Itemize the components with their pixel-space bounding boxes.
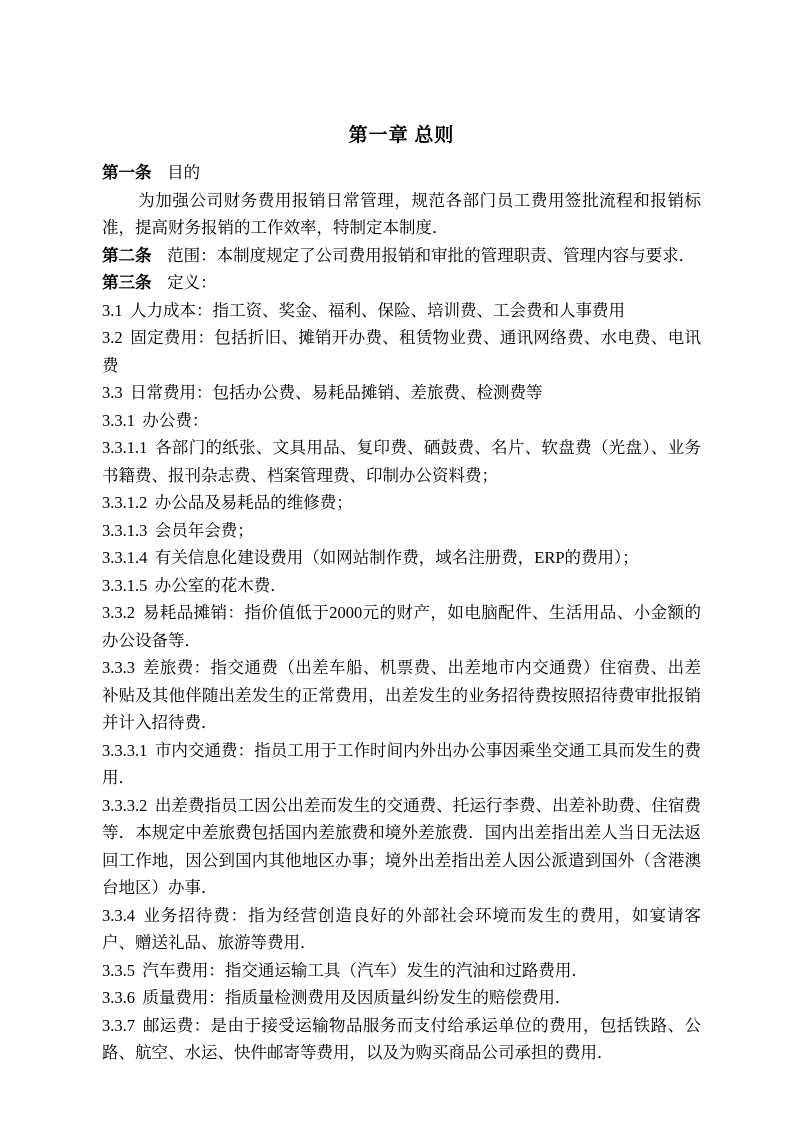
definition-item: 3.3.1办公费： [102,407,701,435]
definition-item: 3.3日常费用：包括办公费、易耗品摊销、差旅费、检测费等 [102,379,701,407]
chapter-title: 第一章 总则 [102,124,701,147]
definition-number: 3.3.6 [102,988,135,1007]
definition-number: 3.3.2 [102,603,135,622]
definition-text: 日常费用：包括办公费、易耗品摊销、差旅费、检测费等 [130,383,543,402]
definition-text: 会员年会费； [155,521,254,540]
definition-text: 办公室的花木费． [155,576,287,595]
definition-text: 固定费用：包括折旧、摊销开办费、租赁物业费、通讯网络费、水电费、电讯费 [102,328,701,375]
definition-number: 3.3.1.1 [102,438,147,457]
definition-number: 3.3.4 [102,906,135,925]
definition-text: 易耗品摊销：指价值低于2000元的财产，如电脑配件、生活用品、小金额的办公设备等… [102,603,701,650]
definition-text: 邮运费：是由于接受运输物品服务而支付给承运单位的费用，包括铁路、公路、航空、水运… [102,1016,701,1063]
article-2: 第二条范围：本制度规定了公司费用报销和审批的管理职责、管理内容与要求． [102,242,701,270]
document-page: 第一章 总则 第一条目的 为加强公司财务费用报销日常管理，规范各部门员工费用签批… [0,0,793,1122]
article-3-label: 第三条 [102,273,152,292]
definition-number: 3.1 [102,301,123,320]
article-3: 第三条定义： [102,269,701,297]
definition-text: 人力成本：指工资、奖金、福利、保险、培训费、工会费和人事费用 [130,301,625,320]
definition-number: 3.3.1.4 [102,548,147,567]
definition-number: 3.3.5 [102,961,135,980]
definition-item: 3.3.3.1市内交通费：指员工用于工作时间内外出办公事因乘坐交通工具而发生的费… [102,737,701,792]
definition-item: 3.3.1.3会员年会费； [102,517,701,545]
definition-number: 3.3.1.2 [102,493,147,512]
article-1-heading: 目的 [167,163,200,182]
definition-item: 3.3.1.5办公室的花木费． [102,572,701,600]
definition-item: 3.3.4业务招待费：指为经营创造良好的外部社会环境而发生的费用，如宴请客户、赠… [102,902,701,957]
definition-number: 3.3 [102,383,123,402]
definition-item: 3.3.2易耗品摊销：指价值低于2000元的财产，如电脑配件、生活用品、小金额的… [102,599,701,654]
definition-item: 3.3.3.2出差费指员工因公出差而发生的交通费、托运行李费、出差补助费、住宿费… [102,792,701,902]
definition-text: 各部门的纸张、文具用品、复印费、硒鼓费、名片、软盘费（光盘）、业务书籍费、报刊杂… [102,438,701,485]
definition-text: 有关信息化建设费用（如网站制作费，域名注册费，ERP的费用）； [155,548,639,567]
article-2-text: 范围：本制度规定了公司费用报销和审批的管理职责、管理内容与要求． [167,246,695,265]
definition-item: 3.2固定费用：包括折旧、摊销开办费、租赁物业费、通讯网络费、水电费、电讯费 [102,324,701,379]
article-1: 第一条目的 [102,159,701,187]
article-2-label: 第二条 [102,246,152,265]
definition-number: 3.3.3.1 [102,741,147,760]
definition-text: 市内交通费：指员工用于工作时间内外出办公事因乘坐交通工具而发生的费用． [102,741,701,788]
definition-text: 办公费： [142,411,208,430]
definition-number: 3.3.3.2 [102,796,147,815]
definition-number: 3.3.1.3 [102,521,147,540]
definition-text: 办公品及易耗品的维修费； [155,493,353,512]
definition-number: 3.3.3 [102,658,135,677]
definition-item: 3.3.3差旅费：指交通费（出差车船、机票费、出差地市内交通费）住宿费、出差补贴… [102,654,701,737]
definition-text: 业务招待费：指为经营创造良好的外部社会环境而发生的费用，如宴请客户、赠送礼品、旅… [102,906,701,953]
purpose-paragraph: 为加强公司财务费用报销日常管理，规范各部门员工费用签批流程和报销标准，提高财务报… [102,187,701,242]
definition-text: 差旅费：指交通费（出差车船、机票费、出差地市内交通费）住宿费、出差补贴及其他伴随… [102,658,701,732]
definition-item: 3.1人力成本：指工资、奖金、福利、保险、培训费、工会费和人事费用 [102,297,701,325]
definition-text: 出差费指员工因公出差而发生的交通费、托运行李费、出差补助费、住宿费等．本规定中差… [102,796,701,898]
definition-number: 3.3.1.5 [102,576,147,595]
definition-item: 3.3.7邮运费：是由于接受运输物品服务而支付给承运单位的费用，包括铁路、公路、… [102,1012,701,1067]
article-1-label: 第一条 [102,163,152,182]
definition-number: 3.3.1 [102,411,135,430]
document-content: 第一章 总则 第一条目的 为加强公司财务费用报销日常管理，规范各部门员工费用签批… [0,0,793,1067]
definition-number: 3.2 [102,328,123,347]
article-3-text: 定义： [167,273,217,292]
definition-item: 3.3.6质量费用：指质量检测费用及因质量纠纷发生的赔偿费用． [102,984,701,1012]
definition-item: 3.3.5汽车费用：指交通运输工具（汽车）发生的汽油和过路费用． [102,957,701,985]
definition-item: 3.3.1.1各部门的纸张、文具用品、复印费、硒鼓费、名片、软盘费（光盘）、业务… [102,434,701,489]
definition-item: 3.3.1.2办公品及易耗品的维修费； [102,489,701,517]
definition-text: 汽车费用：指交通运输工具（汽车）发生的汽油和过路费用． [142,961,588,980]
definition-number: 3.3.7 [102,1016,135,1035]
definition-text: 质量费用：指质量检测费用及因质量纠纷发生的赔偿费用． [142,988,571,1007]
definition-item: 3.3.1.4有关信息化建设费用（如网站制作费，域名注册费，ERP的费用）； [102,544,701,572]
